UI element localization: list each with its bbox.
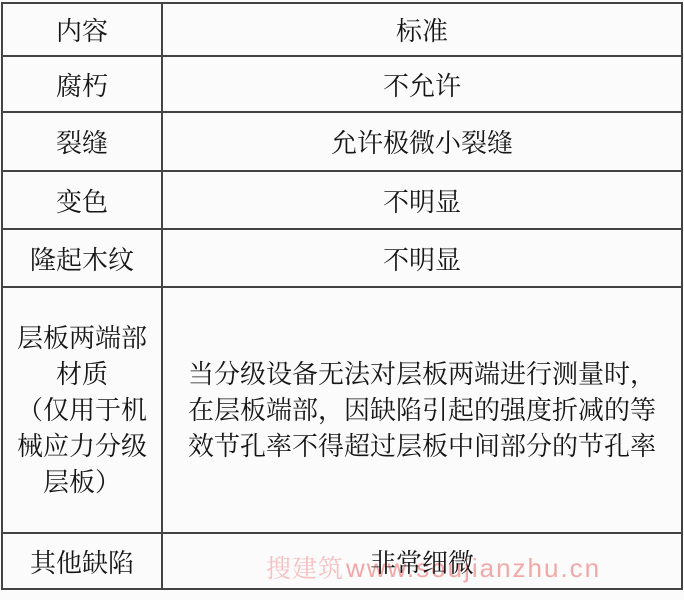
- table-row-other-defects: 其他缺陷 非常细微: [2, 533, 682, 589]
- raised-grain-label-cell: 隆起木纹: [2, 229, 162, 287]
- table-row-cracks: 裂缝 允许极微小裂缝: [2, 112, 682, 171]
- end-material-value-line: 当分级设备无法对层板两端进行测量时，: [167, 356, 677, 392]
- end-material-label-line: 层板）: [7, 464, 157, 500]
- discoloration-value-cell: 不明显: [162, 171, 682, 229]
- end-material-label-line: 械应力分级: [7, 428, 157, 464]
- end-material-value-lines: 当分级设备无法对层板两端进行测量时， 在层板端部，因缺陷引起的强度折减的等 效节…: [167, 356, 677, 464]
- other-defects-label-cell: 其他缺陷: [2, 533, 162, 589]
- grading-standards-table: 内容 标准 腐朽 不允许 裂缝 允许极微小裂缝 变色 不明显 隆起木纹 不明显: [1, 2, 683, 590]
- end-material-label-line: 材质: [7, 356, 157, 392]
- decay-label-cell: 腐朽: [2, 56, 162, 112]
- document-page: 搜建筑 www.soujianzhu.cn 内容 标准 腐朽 不允许 裂缝 允许…: [0, 0, 684, 600]
- end-material-value-line: 在层板端部，因缺陷引起的强度折减的等: [167, 392, 677, 428]
- table-row-discoloration: 变色 不明显: [2, 171, 682, 229]
- cracks-value-cell: 允许极微小裂缝: [162, 112, 682, 171]
- end-material-value-line: 效节孔率不得超过层板中间部分的节孔率: [167, 428, 677, 464]
- table-row-decay: 腐朽 不允许: [2, 56, 682, 112]
- end-material-value-cell: 当分级设备无法对层板两端进行测量时， 在层板端部，因缺陷引起的强度折减的等 效节…: [162, 287, 682, 533]
- table-row-raised-grain: 隆起木纹 不明显: [2, 229, 682, 287]
- raised-grain-value-cell: 不明显: [162, 229, 682, 287]
- table-header-row: 内容 标准: [2, 3, 682, 56]
- decay-value-cell: 不允许: [162, 56, 682, 112]
- end-material-label-line: （仅用于机: [7, 392, 157, 428]
- other-defects-value-cell: 非常细微: [162, 533, 682, 589]
- end-material-label-line: 层板两端部: [7, 320, 157, 356]
- header-cell-content: 内容: [2, 3, 162, 56]
- table-row-end-material: 层板两端部 材质 （仅用于机 械应力分级 层板） 当分级设备无法对层板两端进行测…: [2, 287, 682, 533]
- cracks-label-cell: 裂缝: [2, 112, 162, 171]
- header-cell-standard: 标准: [162, 3, 682, 56]
- discoloration-label-cell: 变色: [2, 171, 162, 229]
- end-material-label-lines: 层板两端部 材质 （仅用于机 械应力分级 层板）: [7, 320, 157, 500]
- end-material-label-cell: 层板两端部 材质 （仅用于机 械应力分级 层板）: [2, 287, 162, 533]
